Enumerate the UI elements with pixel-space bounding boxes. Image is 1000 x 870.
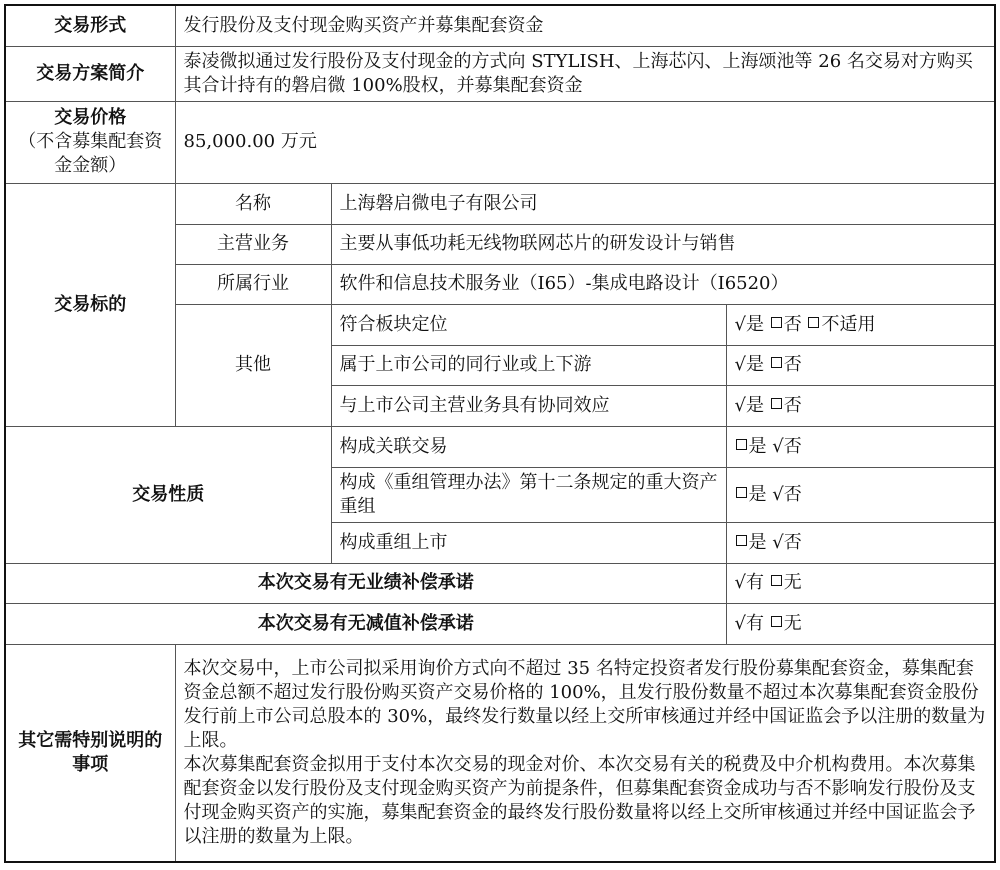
target-name-label: 名称 [175,183,331,224]
option-label: 是 [746,395,764,416]
performance-commitment-options: √有 无 [726,563,995,603]
option-label: 否 [784,532,802,553]
target-industry-label: 所属行业 [175,264,331,304]
transaction-price-label-sub: （不含募集配套资金金额） [14,130,167,178]
other-notes-paragraph: 本次交易中，上市公司拟采用询价方式向不超过 35 名特定投资者发行股份募集配套资… [184,657,987,753]
nature-item-text: 构成《重组管理办法》第十二条规定的重大资产重组 [331,467,726,522]
unchecked-box-icon [771,398,782,409]
unchecked-box-icon [808,317,819,328]
other-item-options: √是 否 不适用 [726,304,995,345]
impairment-commitment-label: 本次交易有无减值补偿承诺 [5,603,726,644]
option-label: 有 [746,613,764,634]
option-label: 是 [749,484,767,505]
option-label: 否 [784,354,802,375]
option-label: 是 [749,436,767,457]
unchecked-box-icon [736,439,747,450]
transaction-summary-value: 泰凌微拟通过发行股份及支付现金的方式向 STYLISH、上海芯闪、上海颂池等 2… [175,46,995,101]
target-business-value: 主要从事低功耗无线物联网芯片的研发设计与销售 [331,224,995,264]
nature-item-text: 构成关联交易 [331,426,726,467]
checked-mark-icon: √ [772,484,783,505]
unchecked-box-icon [771,317,782,328]
option-label: 否 [784,484,802,505]
transaction-price-label: 交易价格 （不含募集配套资金金额） [5,101,175,183]
target-business-label: 主营业务 [175,224,331,264]
other-notes-label: 其它需特别说明的事项 [5,644,175,862]
other-item-text: 符合板块定位 [331,304,726,345]
row-target-name: 交易标的 名称 上海磐启微电子有限公司 [5,183,995,224]
checked-mark-icon: √ [735,613,746,634]
target-other-label: 其他 [175,304,331,426]
transaction-price-label-main: 交易价格 [14,106,167,130]
unchecked-box-icon [736,535,747,546]
option-label: 否 [784,436,802,457]
option-label: 否 [784,314,802,335]
transaction-price-value: 85,000.00 万元 [175,101,995,183]
transaction-nature-label: 交易性质 [5,426,331,563]
nature-item-options: 是 √否 [726,467,995,522]
option-label: 有 [746,572,764,593]
transaction-form-label: 交易形式 [5,5,175,46]
checked-mark-icon: √ [772,532,783,553]
transaction-form-value: 发行股份及支付现金购买资产并募集配套资金 [175,5,995,46]
transaction-target-label: 交易标的 [5,183,175,426]
other-item-text: 属于上市公司的同行业或上下游 [331,345,726,385]
performance-commitment-label: 本次交易有无业绩补偿承诺 [5,563,726,603]
other-item-text: 与上市公司主营业务具有协同效应 [331,385,726,426]
option-label: 无 [784,572,802,593]
option-label: 是 [746,314,764,335]
other-notes-content: 本次交易中，上市公司拟采用询价方式向不超过 35 名特定投资者发行股份募集配套资… [175,644,995,862]
target-industry-value: 软件和信息技术服务业（I65）-集成电路设计（I6520） [331,264,995,304]
other-item-options: √是 否 [726,345,995,385]
checked-mark-icon: √ [735,572,746,593]
checked-mark-icon: √ [735,314,746,335]
row-transaction-summary: 交易方案简介 泰凌微拟通过发行股份及支付现金的方式向 STYLISH、上海芯闪、… [5,46,995,101]
other-item-options: √是 否 [726,385,995,426]
checked-mark-icon: √ [735,354,746,375]
unchecked-box-icon [771,575,782,586]
nature-item-options: 是 √否 [726,522,995,563]
transaction-summary-table: 交易形式 发行股份及支付现金购买资产并募集配套资金 交易方案简介 泰凌微拟通过发… [4,4,996,863]
target-name-value: 上海磐启微电子有限公司 [331,183,995,224]
option-label: 无 [784,613,802,634]
nature-item-text: 构成重组上市 [331,522,726,563]
transaction-summary-label: 交易方案简介 [5,46,175,101]
checked-mark-icon: √ [735,395,746,416]
unchecked-box-icon [771,357,782,368]
unchecked-box-icon [736,487,747,498]
option-label: 是 [746,354,764,375]
nature-item-options: 是 √否 [726,426,995,467]
row-transaction-form: 交易形式 发行股份及支付现金购买资产并募集配套资金 [5,5,995,46]
option-label: 不适用 [821,314,875,335]
row-performance-commitment: 本次交易有无业绩补偿承诺 √有 无 [5,563,995,603]
row-other-notes: 其它需特别说明的事项 本次交易中，上市公司拟采用询价方式向不超过 35 名特定投… [5,644,995,862]
checked-mark-icon: √ [772,436,783,457]
other-notes-paragraph: 本次募集配套资金拟用于支付本次交易的现金对价、本次交易有关的税费及中介机构费用。… [184,753,987,849]
row-impairment-commitment: 本次交易有无减值补偿承诺 √有 无 [5,603,995,644]
impairment-commitment-options: √有 无 [726,603,995,644]
option-label: 否 [784,395,802,416]
row-transaction-price: 交易价格 （不含募集配套资金金额） 85,000.00 万元 [5,101,995,183]
unchecked-box-icon [771,616,782,627]
option-label: 是 [749,532,767,553]
row-nature-1: 交易性质 构成关联交易 是 √否 [5,426,995,467]
